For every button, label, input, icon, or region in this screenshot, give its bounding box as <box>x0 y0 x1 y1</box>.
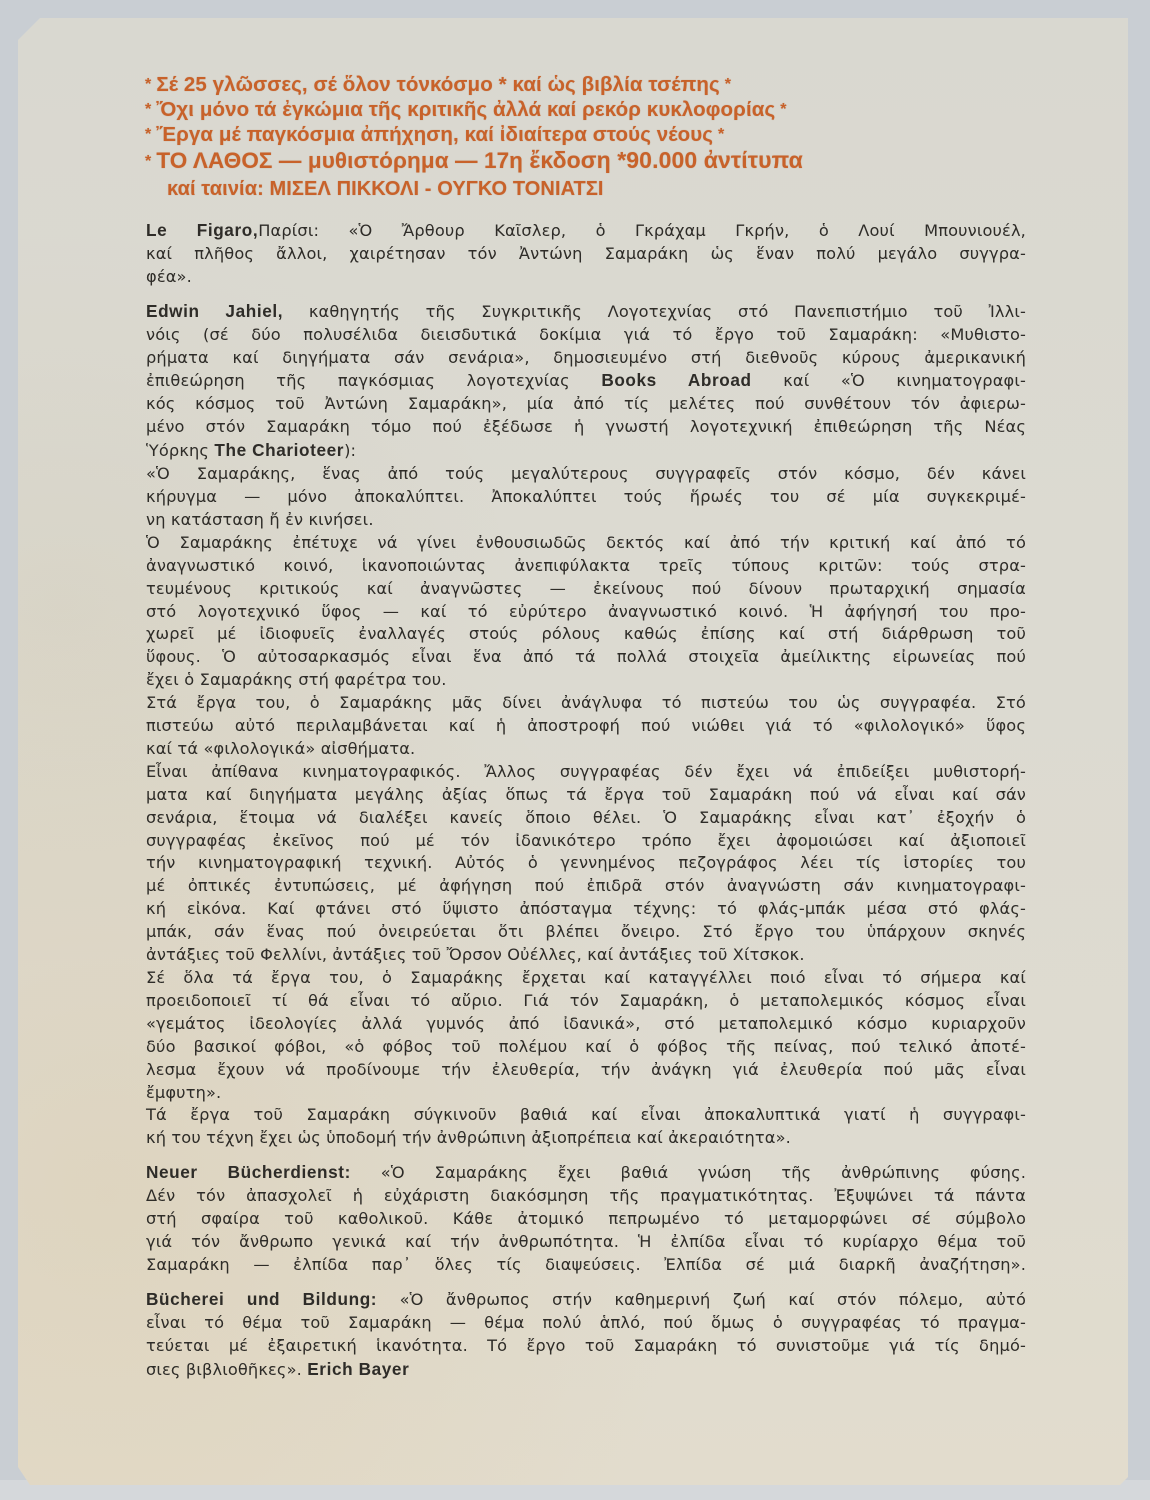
review-text: «Ὁ ἄνθρωπος στήν καθημερινή ζωή καί στόν… <box>400 1290 1026 1309</box>
publication-title: The Charioteer <box>214 440 344 460</box>
quote-line: στό λογοτεχνικό ὕφος — καί τό εὐρύτερο ἀ… <box>146 601 1026 624</box>
quote-line: κήρυγμα — μόνο ἀποκαλύπτει. Ἀποκαλύπτει … <box>146 486 1026 509</box>
quote-line: μέ ὀπτικές ἐντυπώσεις, μέ ἀφήγηση πού ἐπ… <box>146 875 1026 898</box>
quote-line: σενάρια, ἕτοιμα νά διαλέξει κανείς ὅποιο… <box>146 807 1026 830</box>
review-text: τεύεται μέ ἐξαιρετική ἱκανότητα. Τό ἔργο… <box>146 1335 1026 1358</box>
review-text: Ὑόρκης <box>146 441 209 460</box>
review-text: ἐπιθεώρηση τῆς παγκόσμιας λογοτεχνίας <box>146 371 570 390</box>
review-text: Δέν τόν ἀπασχολεῖ ἡ εὐχάριστη διακόσμηση… <box>146 1185 1026 1208</box>
review-text: γιά τόν ἄνθρωπο γενικά καί τήν ἀνθρωπότη… <box>146 1231 1026 1254</box>
review-text: καθηγητής τῆς Συγκριτικῆς Λογοτεχνίας στ… <box>309 302 1026 321</box>
quote-line: λεσμα ἔχουν νά προδίνουμε τήν ἐλευθερία,… <box>146 1059 1026 1082</box>
review-text: ρήματα καί διηγήματα σάν σενάρια», δημοσ… <box>146 347 1026 370</box>
review-text: «Ὁ Σαμαράκης ἔχει βαθιά γνώση τῆς ἀνθρώπ… <box>381 1163 1026 1182</box>
promo-text: Ἔργα μέ παγκόσμια ἀπήχηση, καί ἰδιαίτερα… <box>156 123 713 146</box>
quote-line: «γεμάτος ἰδεολογίες ἀλλά γυμνός ἀπό ἰδαν… <box>146 1013 1026 1036</box>
review-source: Le Figaro, <box>146 220 258 240</box>
asterisk: * <box>718 126 724 143</box>
quote-line: Στά ἔργα του, ὁ Σαμαράκης μᾶς δίνει ἀνάγ… <box>146 692 1026 715</box>
review-text: νόις (σέ δύο πολυσέλιδα διεισδυτικά δοκί… <box>146 324 1026 347</box>
review-text: μένο στόν Σαμαράκη τόμο πού ἐξέδωσε ἡ γν… <box>146 416 1026 439</box>
edition-title: ΤΟ ΛΑΘΟΣ — μυθιστόρημα — 17η <box>156 148 523 173</box>
quote-line: Εἶναι ἀπίθανα κινηματογραφικός. Ἄλλος συ… <box>146 761 1026 784</box>
asterisk: * <box>145 76 151 93</box>
quote-line: ἔχει ὁ Σαμαράκης στή φαρέτρα του. <box>146 669 1026 692</box>
asterisk: * <box>145 153 151 170</box>
review-text: κός κόσμος τοῦ Ἀντώνη Σαμαράκη», μία ἀπό… <box>146 393 1026 416</box>
review-text: Σαμαράκη — ἐλπίδα παρ᾿ ὅλες τίς διαψεύσε… <box>146 1254 1026 1277</box>
quote-line: ματα καί διηγήματα μεγάλης ἀξίας ὅπως τά… <box>146 784 1026 807</box>
quote-line: δύο βασικοί φόβοι, «ὁ φόβος τοῦ πολέμου … <box>146 1036 1026 1059</box>
review-text: Παρίσι: «Ὁ Ἄρθουρ Καῖσλερ, ὁ Γκράχαμ Γκρ… <box>258 221 1026 240</box>
review-text: φέα». <box>146 266 1026 289</box>
asterisk: * <box>145 126 151 143</box>
edition-count: ἔκδοση *90.000 ἀντίτυπα <box>529 147 802 173</box>
review-source: Edwin Jahiel, <box>146 301 283 321</box>
review-text: στή σφαίρα τοῦ καθολικοῦ. Κάθε ἀτομικό π… <box>146 1208 1026 1231</box>
quote-line: «Ὁ Σαμαράκης, ἕνας ἀπό τούς μεγαλύτερους… <box>146 463 1026 486</box>
quote-line: συγγραφέας ἐκεῖνος πού μέ τόν ἰδανικότερ… <box>146 830 1026 853</box>
quote-line: Ὁ Σαμαράκης ἐπέτυχε νά γίνει ἐνθουσιωδῶς… <box>146 532 1026 555</box>
quote-line: καί τά «φιλολογικά» αἰσθήματα. <box>146 738 1026 761</box>
promo-line-film: καί ταινία: ΜΙΣΕΛ ΠΙΚΚΟΛΙ - ΟΥΓΚΟ ΤΟΝΙΑΤ… <box>145 175 803 204</box>
review-text: ): <box>344 441 356 460</box>
quote-line: ὕφους. Ὁ αὐτοσαρκασμός εἶναι ἕνα ἀπό τά … <box>146 646 1026 669</box>
promo-line-praise: *Ὄχι μόνο τά ἐγκώμια τῆς κριτικῆς ἀλλά κ… <box>145 97 803 122</box>
quote-line: πιστεύω αὐτό περιλαμβάνεται καί ἡ ἀποστρ… <box>146 715 1026 738</box>
quote-line: κή εἰκόνα. Καί φτάνει στό ὕψιστο ἀπόσταγ… <box>146 898 1026 921</box>
quote-line: τήν κινηματογραφική τεχνική. Αὐτός ὁ γεν… <box>146 852 1026 875</box>
asterisk: * <box>145 101 151 118</box>
reviews-body: Le Figaro,Παρίσι: «Ὁ Ἄρθουρ Καῖσλερ, ὁ Γ… <box>146 219 1026 1381</box>
promo-line-edition: *ΤΟ ΛΑΘΟΣ — μυθιστόρημα — 17η ἔκδοση *90… <box>145 147 803 175</box>
asterisk: * <box>780 101 786 118</box>
quote-line: ἔμφυτη». <box>146 1082 1026 1105</box>
promo-line-languages: *Σέ 25 γλῶσσες, σέ ὅλον τόνκόσμο * καί ὡ… <box>145 72 803 97</box>
quote-line: προειδοποιεῖ τί θά εἶναι τό αὔριο. Γιά τ… <box>146 990 1026 1013</box>
review-neuer-bucherdienst: Neuer Bücherdienst: «Ὁ Σαμαράκης ἔχει βα… <box>146 1161 1026 1277</box>
quote-line: μπάκ, σάν ἕνας πού ὀνειρεύεται ὅτι βλέπε… <box>146 921 1026 944</box>
quote-line: ἀναγνωστικό κοινό, ἱκανοποιώντας ἀνεπιφύ… <box>146 555 1026 578</box>
publication-title: Books Abroad <box>601 370 751 390</box>
review-le-figaro: Le Figaro,Παρίσι: «Ὁ Ἄρθουρ Καῖσλερ, ὁ Γ… <box>146 219 1026 289</box>
review-text: σιες βιβλιοθῆκες». <box>146 1360 302 1379</box>
review-text: καί «Ὁ κινηματογραφι- <box>783 371 1026 390</box>
quote-line: νη κατάσταση ἤ ἐν κινήσει. <box>146 509 1026 532</box>
review-bucherei-und-bildung: Bücherei und Bildung: «Ὁ ἄνθρωπος στήν κ… <box>146 1288 1026 1382</box>
review-source: Bücherei und Bildung: <box>146 1289 377 1309</box>
asterisk: * <box>725 76 731 93</box>
review-source: Neuer Bücherdienst: <box>146 1162 351 1182</box>
quote-line: κή του τέχνη ἔχει ὡς ὑποδομή τήν ἀνθρώπι… <box>146 1127 1026 1150</box>
review-text: εἶναι τό θέμα τοῦ Σαμαράκη — θέμα πολύ ἁ… <box>146 1312 1026 1335</box>
promo-text: Ὄχι μόνο τά ἐγκώμια τῆς κριτικῆς ἀλλά κα… <box>156 98 775 121</box>
quote-line: ἀντάξιες τοῦ Φελλίνι, ἀντάξιες τοῦ Ὄρσον… <box>146 944 1026 967</box>
review-author: Erich Bayer <box>307 1359 409 1379</box>
quote-line: χωρεῖ μέ ἰδιοφυεῖς ἐναλλαγές στούς ρόλου… <box>146 623 1026 646</box>
quote-line: Σέ ὅλα τά ἔργα του, ὁ Σαμαράκης ἔρχεται … <box>146 967 1026 990</box>
promo-block: *Σέ 25 γλῶσσες, σέ ὅλον τόνκόσμο * καί ὡ… <box>145 72 803 204</box>
quote-line: τευμένους κριτικούς καί ἀναγνῶστες — ἐκε… <box>146 578 1026 601</box>
promo-line-resonance: *Ἔργα μέ παγκόσμια ἀπήχηση, καί ἰδιαίτερ… <box>145 122 803 147</box>
review-text: καί πλῆθος ἄλλοι, χαιρέτησαν τόν Ἀντώνη … <box>146 243 1026 266</box>
promo-text: Σέ 25 γλῶσσες, σέ ὅλον τόνκόσμο * καί ὡς… <box>156 73 719 96</box>
review-edwin-jahiel: Edwin Jahiel, καθηγητής τῆς Συγκριτικῆς … <box>146 300 1026 1151</box>
quote-line: Τά ἔργα τοῦ Σαμαράκη σύγκινοῦν βαθιά καί… <box>146 1104 1026 1127</box>
